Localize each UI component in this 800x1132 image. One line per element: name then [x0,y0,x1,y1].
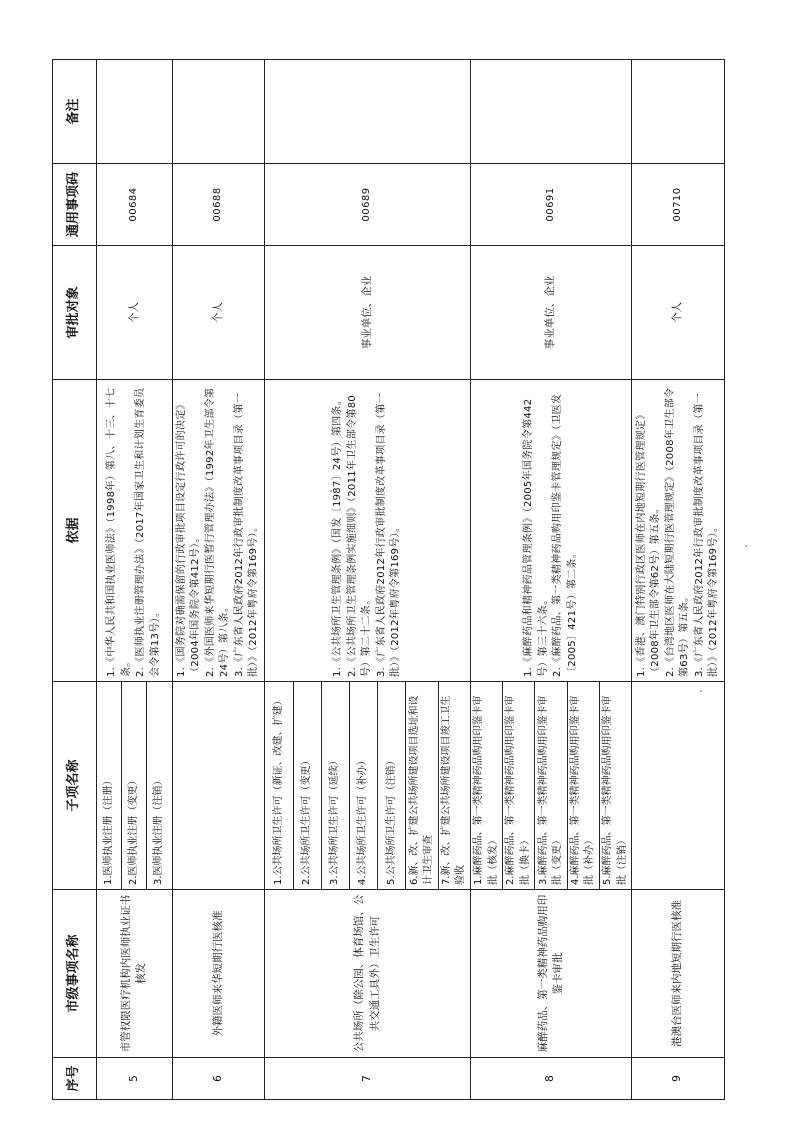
cell-remark [97,60,173,164]
cell-remark [265,60,471,164]
cell-sub-item: 3.医师执业注册（注销） [147,682,172,890]
cell-basis: 1.《麻醉药品和精神药品管理条例》（2005年国务院令第442号）第三十六条。 … [470,380,631,682]
scan-speck [330,490,332,492]
cell-sub-item: 5.公共场所卫生许可（注销） [378,682,406,890]
basis-line: 3.《广东省人民政府2012年行政审批制度改革事项目录（第一批）》（2012年粤… [693,384,722,677]
cell-remark [172,60,265,164]
cell-sub-item: 2.麻醉药品、第一类精神药品购用印鉴卡审批（换卡） [503,682,535,890]
cell-item-name: 麻醉药品、第一类精神药品购用印鉴卡审批 [470,890,631,1058]
table-row: 8 麻醉药品、第一类精神药品购用印鉴卡审批 1.麻醉药品、第一类精神药品购用印鉴… [470,60,502,1100]
basis-line: 3.《广东省人民政府2012年行政审批制度改革事项目录（第一批）》（2012年粤… [233,384,262,677]
header-basis: 依据 [53,380,97,682]
table-row: 7 公共场所（除公园、体育场馆、公共交通工具外）卫生许可 1.公共场所卫生许可（… [265,60,293,1100]
cell-code: 00710 [632,164,725,246]
basis-line: 1.《中华人民共和国执业医师法》（1998年）第八、十三、十七条。 [105,384,134,677]
cell-code: 00691 [470,164,631,246]
cell-seq: 9 [632,1058,725,1100]
cell-basis: 1.《国务院对确需保留的行政审批项目设定行政许可的决定》（2004年国务院令第4… [172,380,265,682]
cell-target: 个人 [632,246,725,380]
cell-sub-item: 1.公共场所卫生许可（新证、改建、扩建） [265,682,293,890]
header-code: 通用事项码 [53,164,97,246]
basis-line: 1.《香港、澳门特别行政区医师在内地短期行医管理规定》（2008年卫生部令第62… [635,384,664,677]
cell-item-name: 港澳台医师来内地短期行医核准 [632,890,725,1058]
approval-items-table-page: 序号 市级事项名称 子项名称 依据 审批对象 通用事项码 备注 5 市管权限医疗… [52,60,725,1100]
cell-seq: 7 [265,1058,471,1100]
basis-line: 2.《台湾地区医师在大陆短期行医管理规定》（2008年卫生部令第63号）第五条。 [664,384,693,677]
cell-target: 个人 [97,246,173,380]
cell-sub-item: 7.新、改、扩建公共场所建设项目竣工卫生验收 [438,682,470,890]
basis-line: 3.《广东省人民政府2012年行政审批制度改革事项目录（第一批）》（2012年粤… [375,384,404,677]
header-sub-item: 子项名称 [53,682,97,890]
cell-seq: 5 [97,1058,173,1100]
cell-sub-item [172,682,265,890]
cell-sub-item: 4.麻醉药品、第一类精神药品购用印鉴卡审批（补办） [567,682,599,890]
basis-line: 1.《公共场所卫生管理条例》（国发〔1987〕24号）第四条。 [331,384,346,677]
header-remark: 备注 [53,60,97,164]
cell-target: 个人 [172,246,265,380]
basis-line: 2.《医师执业注册管理办法》（2017年国家卫生和计划生育委员会令第13号）。 [134,384,163,677]
cell-item-name: 市管权限医疗机构内医师执业证书核发 [97,890,173,1058]
scan-speck [745,545,747,547]
basis-line: 2.《外国医师来华短期行医暂行管理办法》（1992年卫生部令第24号）第八条。 [204,384,233,677]
cell-sub-item: 5.麻醉药品、第一类精神药品购用印鉴卡审批（注销） [599,682,631,890]
cell-target: 事业单位、企业 [470,246,631,380]
header-item-name: 市级事项名称 [53,890,97,1058]
cell-remark [632,60,725,164]
basis-line: 1.《国务院对确需保留的行政审批项目设定行政许可的决定》（2004年国务院令第4… [175,384,204,677]
cell-remark [470,60,631,164]
basis-line: 2.《公共场所卫生管理条例实施细则》（2011年卫生部令第80号）第二十二条。 [346,384,375,677]
cell-basis: 1.《公共场所卫生管理条例》（国发〔1987〕24号）第四条。 2.《公共场所卫… [265,380,471,682]
cell-sub-item: 3.麻醉药品、第一类精神药品购用印鉴卡审批（变更） [535,682,567,890]
cell-sub-item: 1.麻醉药品、第一类精神药品购用印鉴卡审批（核发） [470,682,502,890]
cell-sub-item: 4.公共场所卫生许可（补办） [349,682,377,890]
cell-sub-item [632,682,725,890]
cell-basis: 1.《中华人民共和国执业医师法》（1998年）第八、十三、十七条。 2.《医师执… [97,380,173,682]
cell-code: 00688 [172,164,265,246]
header-target: 审批对象 [53,246,97,380]
cell-seq: 6 [172,1058,265,1100]
cell-seq: 8 [470,1058,631,1100]
scan-speck [700,690,702,692]
table-row: 6 外籍医师来华短期行医核准 1.《国务院对确需保留的行政审批项目设定行政许可的… [172,60,265,1100]
table-row: 5 市管权限医疗机构内医师执业证书核发 1.医师执业注册（注册） 1.《中华人民… [97,60,122,1100]
header-seq: 序号 [53,1058,97,1100]
basis-line: 1.《麻醉药品和精神药品管理条例》（2005年国务院令第442号）第三十六条。 [522,384,551,677]
cell-sub-item: 2.医师执业注册（变更） [122,682,147,890]
cell-item-name: 外籍医师来华短期行医核准 [172,890,265,1058]
cell-target: 事业单位、企业 [265,246,471,380]
table-header-row: 序号 市级事项名称 子项名称 依据 审批对象 通用事项码 备注 [53,60,97,1100]
cell-basis: 1.《香港、澳门特别行政区医师在内地短期行医管理规定》（2008年卫生部令第62… [632,380,725,682]
basis-line: 2.《麻醉药品、第一类精神药品购用印鉴卡管理规定》（卫医发〔2005〕421号）… [551,384,580,677]
cell-sub-item: 6.新、改、扩建公共场所建设项目选址和设计卫生审查 [406,682,438,890]
cell-sub-item: 3.公共场所卫生许可（延续） [321,682,349,890]
approval-items-table: 序号 市级事项名称 子项名称 依据 审批对象 通用事项码 备注 5 市管权限医疗… [52,59,725,1100]
cell-code: 00689 [265,164,471,246]
cell-sub-item: 2.公共场所卫生许可（变更） [293,682,321,890]
cell-sub-item: 1.医师执业注册（注册） [97,682,122,890]
table-row: 9 港澳台医师来内地短期行医核准 1.《香港、澳门特别行政区医师在内地短期行医管… [632,60,725,1100]
cell-code: 00684 [97,164,173,246]
cell-item-name: 公共场所（除公园、体育场馆、公共交通工具外）卫生许可 [265,890,471,1058]
